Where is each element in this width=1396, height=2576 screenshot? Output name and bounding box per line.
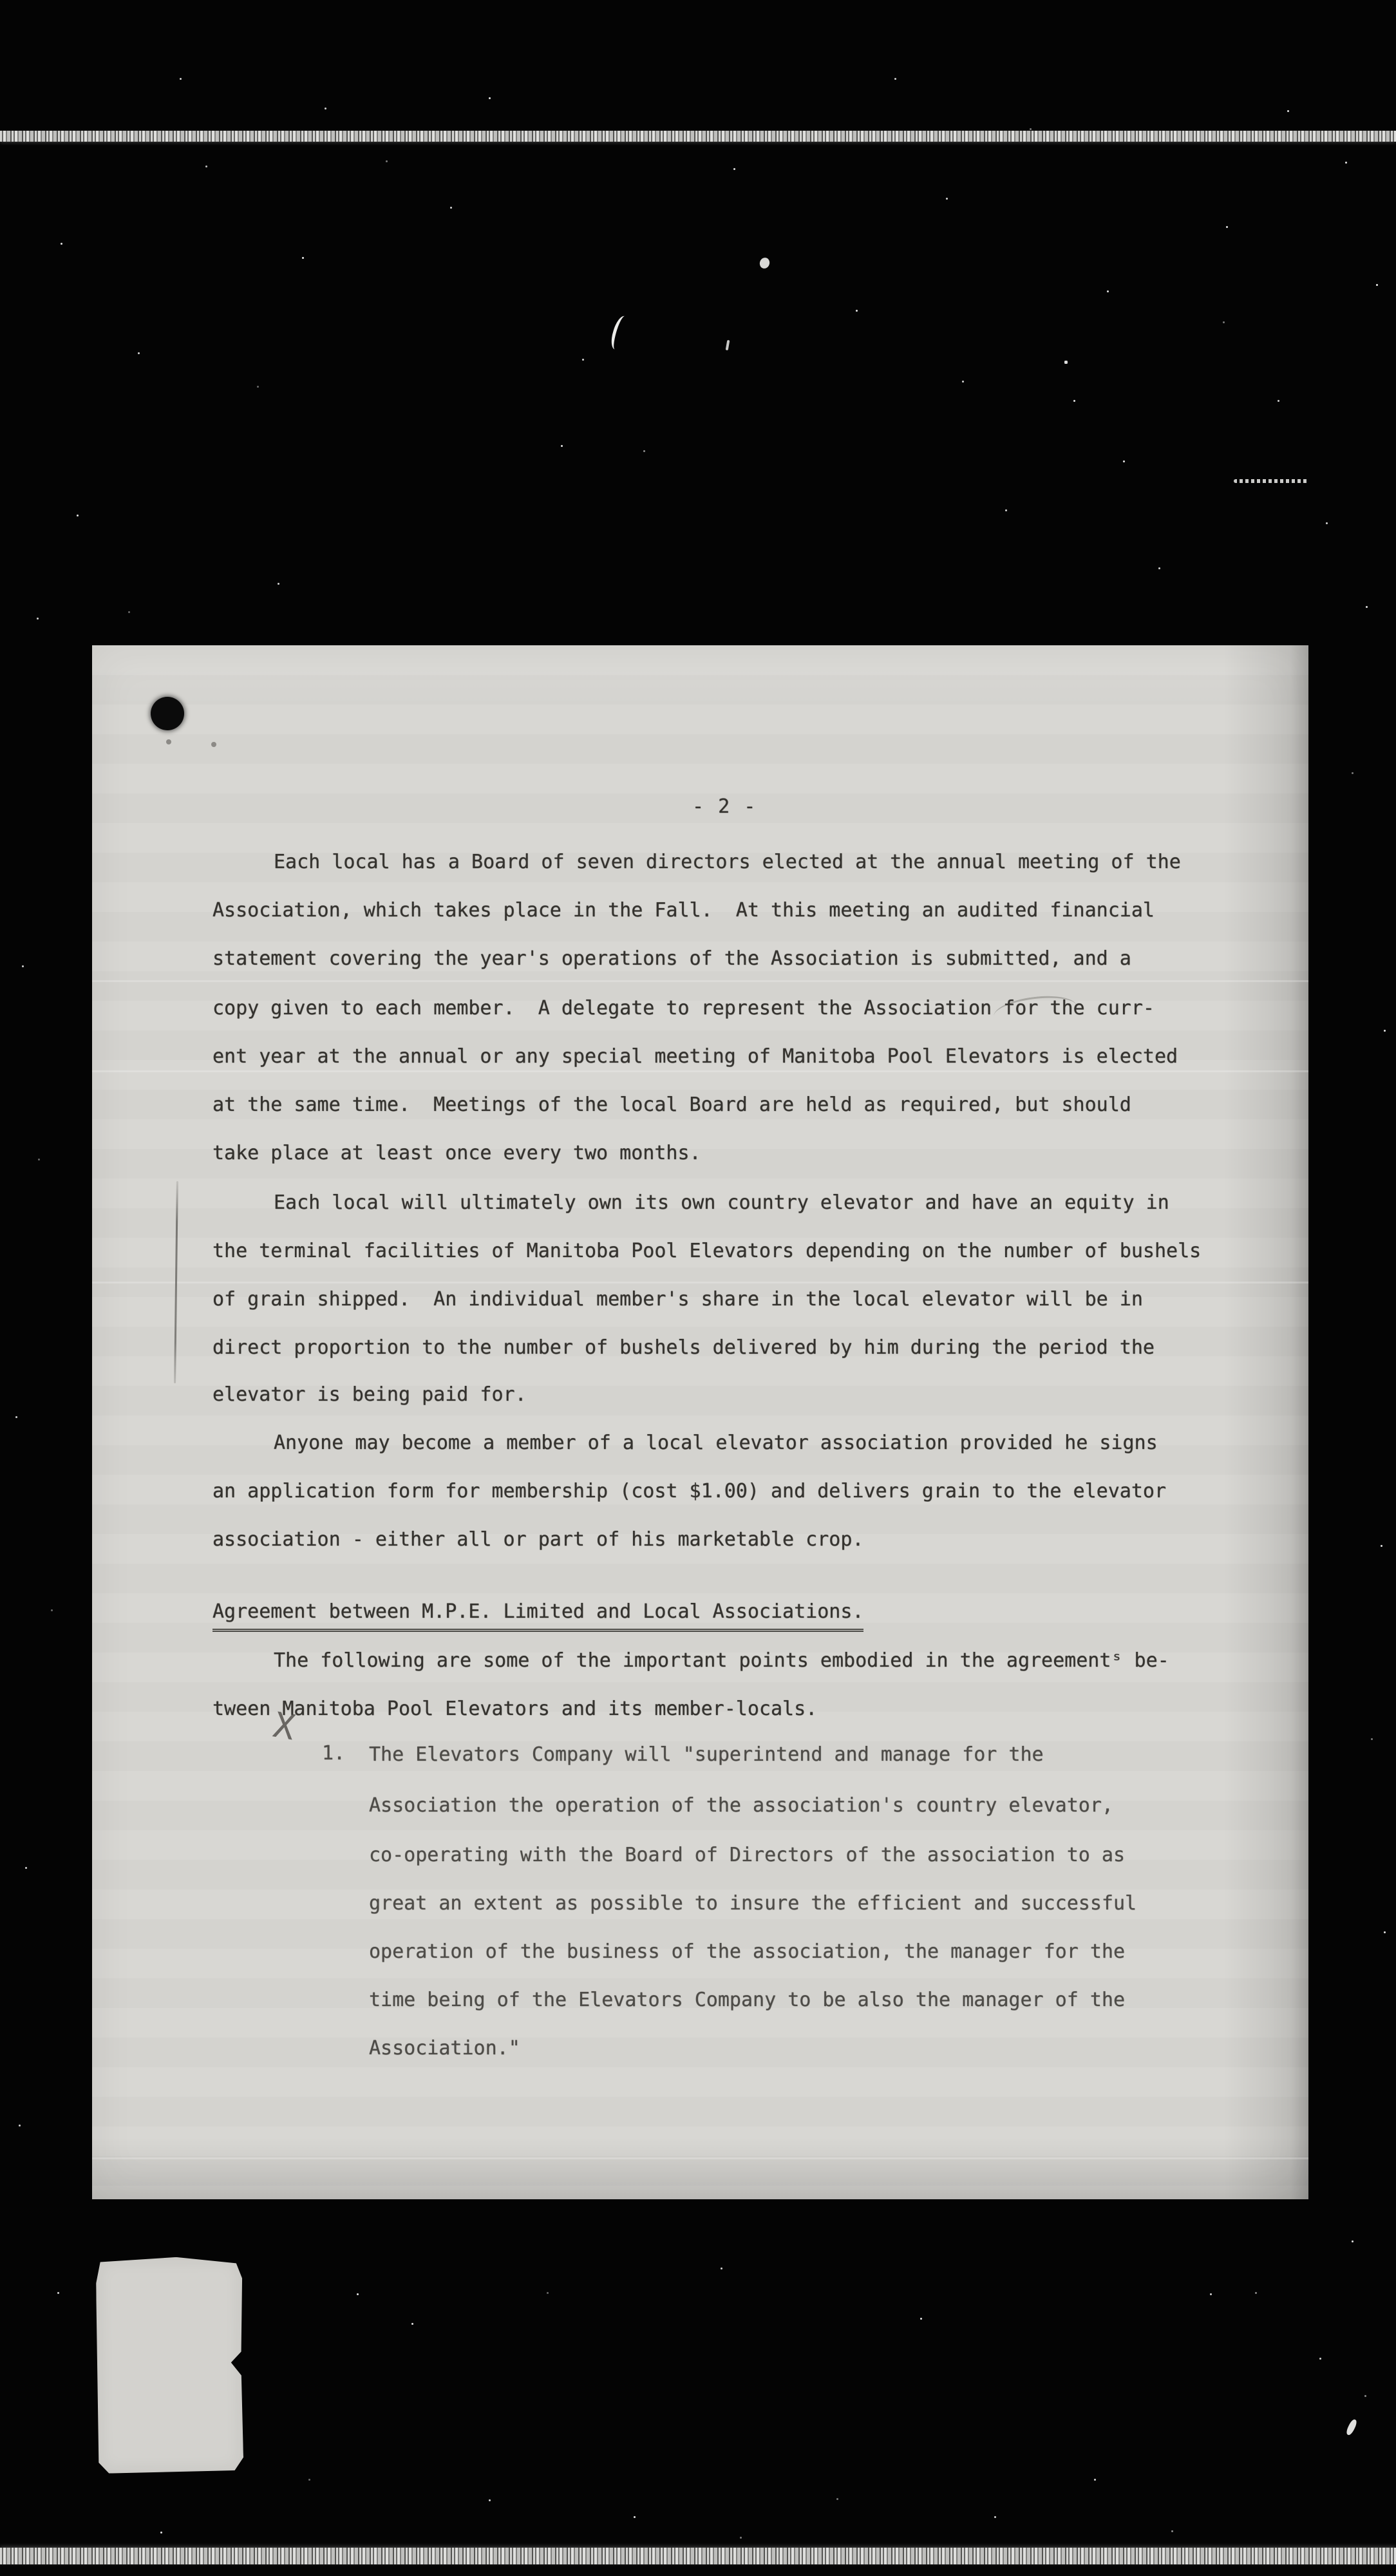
text-line: Association, which takes place in the Fa… xyxy=(212,900,1155,922)
ink-dot xyxy=(211,742,216,747)
paper-scrap xyxy=(96,2257,243,2474)
text-line: 1. xyxy=(322,1743,345,1765)
punch-hole xyxy=(151,697,184,730)
film-scratch-arc xyxy=(608,314,632,352)
text-line: co-operating with the Board of Directors… xyxy=(369,1844,1125,1866)
text-line: Anyone may become a member of a local el… xyxy=(274,1432,1158,1454)
scan-streak xyxy=(92,1282,1308,1283)
film-scratch-band-bottom xyxy=(0,2548,1396,2564)
text-line: Each local has a Board of seven director… xyxy=(274,851,1181,873)
text-line: great an extent as possible to insure th… xyxy=(369,1893,1137,1915)
text-line: elevator is being paid for. xyxy=(212,1384,527,1406)
text-line: operation of the business of the associa… xyxy=(369,1941,1125,1963)
text-line: ent year at the annual or any special me… xyxy=(212,1046,1178,1068)
text-line: the terminal facilities of Manitoba Pool… xyxy=(212,1240,1201,1262)
text-line: Association the operation of the associa… xyxy=(369,1795,1113,1817)
film-squiggle-speck xyxy=(1345,2418,1358,2436)
text-line: statement covering the year's operations… xyxy=(212,948,1131,970)
scan-streak xyxy=(92,1070,1308,1072)
text-line: of grain shipped. An individual member's… xyxy=(212,1289,1143,1311)
text-line: copy given to each member. A delegate to… xyxy=(212,998,1155,1019)
film-blob-speck xyxy=(759,256,771,270)
ink-dot xyxy=(166,739,171,744)
scan-streak xyxy=(92,2157,1308,2159)
microfilm-frame: - 2 -Each local has a Board of seven dir… xyxy=(0,0,1396,2576)
text-line: time being of the Elevators Company to b… xyxy=(369,1989,1125,2011)
film-dotted-scratch xyxy=(1234,479,1308,483)
text-line: Each local will ultimately own its own c… xyxy=(274,1192,1169,1214)
text-line: - 2 - xyxy=(692,796,757,818)
text-line: The Elevators Company will "superintend … xyxy=(369,1744,1044,1766)
dust-specks-dim xyxy=(0,0,1,1)
film-tick-speck xyxy=(726,340,730,350)
handwritten-x-mark: X xyxy=(272,1714,296,1739)
section-heading: Agreement between M.P.E. Limited and Loc… xyxy=(212,1601,863,1632)
scanned-page: - 2 -Each local has a Board of seven dir… xyxy=(92,645,1308,2199)
text-line: at the same time. Meetings of the local … xyxy=(212,1094,1131,1116)
scan-streak xyxy=(92,980,1308,982)
text-line: an application form for membership (cost… xyxy=(212,1481,1166,1502)
text-line: tween Manitoba Pool Elevators and its me… xyxy=(212,1698,817,1720)
text-line: The following are some of the important … xyxy=(274,1650,1169,1672)
text-line: association - either all or part of his … xyxy=(212,1529,863,1551)
text-line: take place at least once every two month… xyxy=(212,1142,701,1164)
film-scratch-band-top xyxy=(0,131,1396,142)
text-line: direct proportion to the number of bushe… xyxy=(212,1337,1155,1359)
text-line: Association." xyxy=(369,2038,520,2060)
